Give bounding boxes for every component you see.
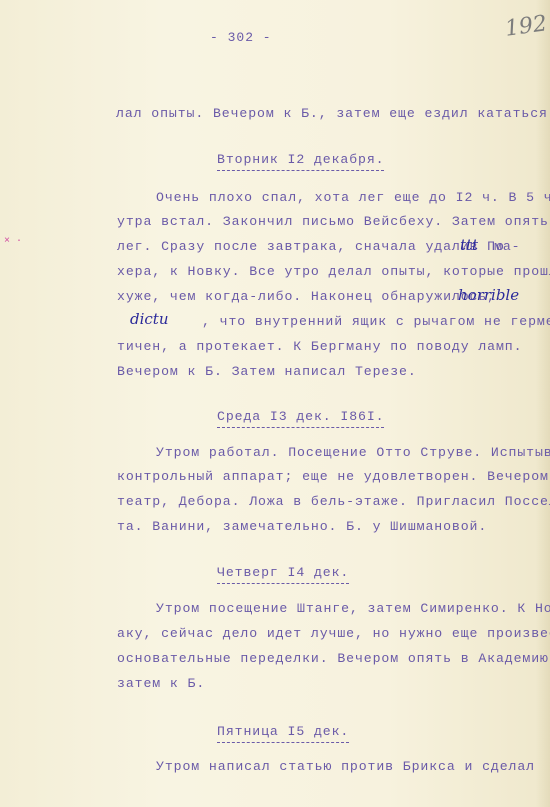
line-text: тичен, а протекает. К Бергману по поводу…: [117, 339, 522, 354]
text-line: основательные переделки. Вечером опять в…: [117, 652, 550, 665]
handwritten-note: ttt: [460, 236, 478, 254]
heading-text: Вторник I2 декабря.: [217, 152, 384, 167]
text-line: ма-: [494, 240, 520, 253]
text-line: лал опыты. Вечером к Б., затем еще ездил…: [116, 107, 550, 120]
entry-date-heading: Пятница I5 дек.: [217, 725, 349, 743]
heading-underline: [217, 742, 349, 743]
margin-mark: × ·: [4, 236, 22, 242]
line-text: затем к Б.: [117, 676, 205, 691]
line-text: лал опыты. Вечером к Б., затем еще ездил…: [116, 106, 550, 121]
line-text: , что внутренний ящик с рычагом не герме…: [202, 314, 550, 329]
text-line: хера, к Новку. Все утро делал опыты, кот…: [117, 265, 550, 278]
heading-underline: [217, 170, 384, 171]
line-text: контрольный аппарат; еще не удовлетворен…: [117, 469, 549, 484]
text-line: затем к Б.: [117, 677, 205, 690]
line-text: театр, Дебора. Ложа в бель-этаже. Пригла…: [117, 494, 550, 509]
text-line: театр, Дебора. Ложа в бель-этаже. Пригла…: [117, 495, 550, 508]
line-text: хуже, чем когда-либо. Наконец обнаружило…: [117, 289, 496, 304]
text-line: хуже, чем когда-либо. Наконец обнаружило…: [117, 290, 496, 303]
document-page: - 302 - 192 × · лал опыты. Вечером к Б.,…: [0, 0, 550, 807]
text-line: аку, сейчас дело идет лучше, но нужно ещ…: [117, 627, 550, 640]
line-text: ма-: [494, 239, 520, 254]
text-line: тичен, а протекает. К Бергману по поводу…: [117, 340, 522, 353]
entry-date-heading: Вторник I2 декабря.: [217, 153, 384, 171]
text-line: та. Ванини, замечательно. Б. у Шишманово…: [117, 520, 487, 533]
heading-text: Пятница I5 дек.: [217, 724, 349, 739]
text-line: Утром написал статью против Брикса и сде…: [156, 760, 535, 773]
page-edge-shadow: [536, 0, 550, 807]
line-text: хера, к Новку. Все утро делал опыты, кот…: [117, 264, 550, 279]
line-text: утра встал. Закончил письмо Вейсбеху. За…: [117, 214, 549, 229]
handwritten-note: dictu: [130, 310, 169, 328]
text-line: Вечером к Б. Затем написал Терезе.: [117, 365, 417, 378]
line-text: лег. Сразу после завтрака, сначала удали…: [117, 239, 505, 254]
line-text: Утром работал. Посещение Отто Струве. Ис…: [156, 445, 550, 460]
line-text: Утром написал статью против Брикса и сде…: [156, 759, 535, 774]
text-line: Утром посещение Штанге, затем Симиренко.…: [156, 602, 550, 615]
heading-text: Четверг I4 дек.: [217, 565, 349, 580]
text-line: утра встал. Закончил письмо Вейсбеху. За…: [117, 215, 549, 228]
line-text: Вечером к Б. Затем написал Терезе.: [117, 364, 417, 379]
text-line: Очень плохо спал, хота лег еще до I2 ч. …: [156, 191, 550, 204]
entry-date-heading: Четверг I4 дек.: [217, 566, 349, 584]
entry-date-heading: Среда I3 дек. I86I.: [217, 410, 384, 428]
handwritten-note: horrible: [458, 286, 519, 304]
line-text: основательные переделки. Вечером опять в…: [117, 651, 550, 666]
heading-text: Среда I3 дек. I86I.: [217, 409, 384, 424]
heading-underline: [217, 583, 349, 584]
text-line: Утром работал. Посещение Отто Струве. Ис…: [156, 446, 550, 459]
text-line: , что внутренний ящик с рычагом не герме…: [202, 315, 550, 328]
line-text: Очень плохо спал, хота лег еще до I2 ч. …: [156, 190, 550, 205]
text-line: лег. Сразу после завтрака, сначала удали…: [117, 240, 505, 253]
text-line: контрольный аппарат; еще не удовлетворен…: [117, 470, 549, 483]
page-number: - 302 -: [210, 30, 272, 45]
line-text: Утром посещение Штанге, затем Симиренко.…: [156, 601, 550, 616]
line-text: аку, сейчас дело идет лучше, но нужно ещ…: [117, 626, 550, 641]
heading-underline: [217, 427, 384, 428]
line-text: та. Ванини, замечательно. Б. у Шишманово…: [117, 519, 487, 534]
